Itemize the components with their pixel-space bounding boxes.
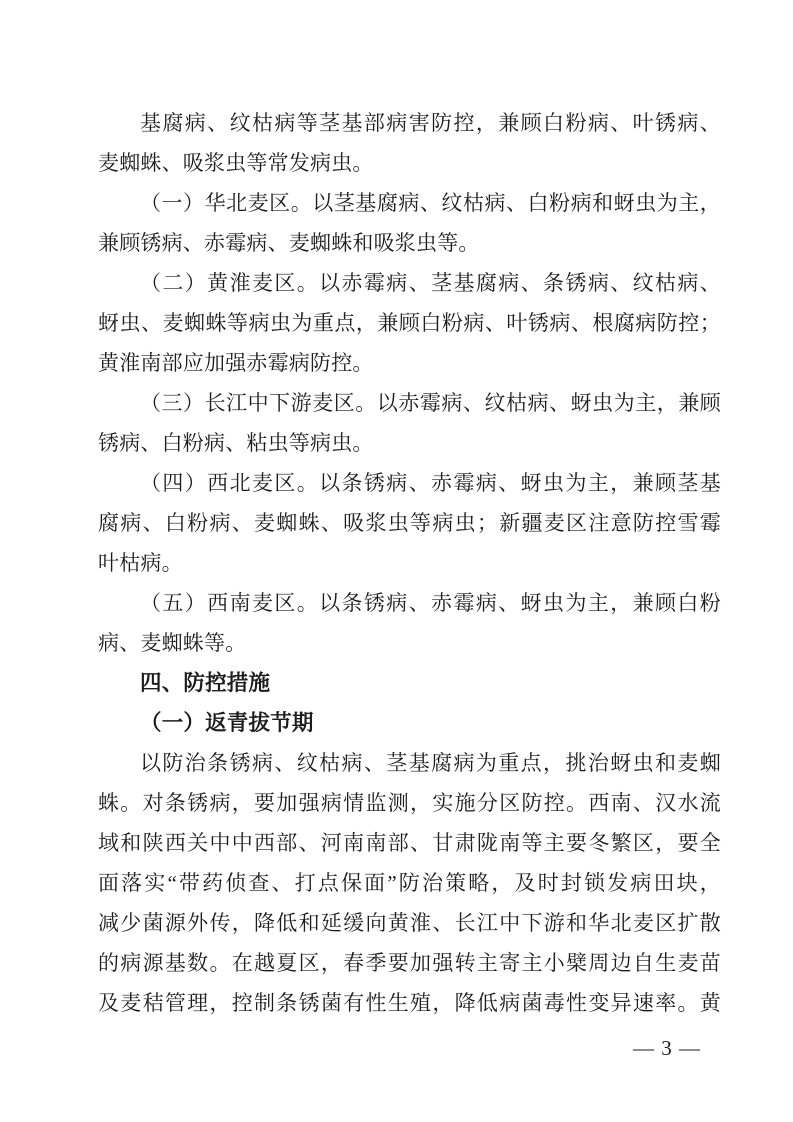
text-line: 锈病、白粉病、粘虫等病虫。 bbox=[98, 423, 721, 463]
section-heading: 四、防控措施 bbox=[98, 663, 721, 703]
text-line: （四）西北麦区。以条锈病、赤霉病、蚜虫为主，兼顾茎基 bbox=[98, 463, 721, 503]
text-line: 的病源基数。在越夏区，春季要加强转主寄主小檗周边自生麦苗 bbox=[98, 943, 721, 983]
text-line: 腐病、白粉病、麦蜘蛛、吸浆虫等病虫；新疆麦区注意防控雪霉 bbox=[98, 503, 721, 543]
text-line: （三）长江中下游麦区。以赤霉病、纹枯病、蚜虫为主，兼顾 bbox=[98, 383, 721, 423]
text-line: 减少菌源外传，降低和延缓向黄淮、长江中下游和华北麦区扩散 bbox=[98, 903, 721, 943]
text-line: （一）华北麦区。以茎基腐病、纹枯病、白粉病和蚜虫为主， bbox=[98, 183, 721, 223]
text-line: 兼顾锈病、赤霉病、麦蜘蛛和吸浆虫等。 bbox=[98, 223, 721, 263]
text-line: 病、麦蜘蛛等。 bbox=[98, 623, 721, 663]
subsection-heading: （一）返青拔节期 bbox=[98, 703, 721, 743]
page-number: — 3 — bbox=[633, 1032, 701, 1064]
text-line: 蚜虫、麦蜘蛛等病虫为重点，兼顾白粉病、叶锈病、根腐病防控； bbox=[98, 303, 721, 343]
text-line: 基腐病、纹枯病等茎基部病害防控，兼顾白粉病、叶锈病、 bbox=[98, 103, 721, 143]
text-line: 黄淮南部应加强赤霉病防控。 bbox=[98, 343, 721, 383]
document-page: 基腐病、纹枯病等茎基部病害防控，兼顾白粉病、叶锈病、 麦蜘蛛、吸浆虫等常发病虫。… bbox=[0, 0, 793, 1122]
text-line: 以防治条锈病、纹枯病、茎基腐病为重点，挑治蚜虫和麦蜘 bbox=[98, 743, 721, 783]
text-line: 蛛。对条锈病，要加强病情监测，实施分区防控。西南、汉水流 bbox=[98, 783, 721, 823]
text-line: 域和陕西关中中西部、河南南部、甘肃陇南等主要冬繁区，要全 bbox=[98, 823, 721, 863]
text-line: 麦蜘蛛、吸浆虫等常发病虫。 bbox=[98, 143, 721, 183]
text-line: 叶枯病。 bbox=[98, 543, 721, 583]
text-line: （五）西南麦区。以条锈病、赤霉病、蚜虫为主，兼顾白粉 bbox=[98, 583, 721, 623]
text-line: 面落实“带药侦查、打点保面”防治策略，及时封锁发病田块， bbox=[98, 863, 721, 903]
text-line: （二）黄淮麦区。以赤霉病、茎基腐病、条锈病、纹枯病、 bbox=[98, 263, 721, 303]
text-line: 及麦秸管理，控制条锈菌有性生殖，降低病菌毒性变异速率。黄 bbox=[98, 983, 721, 1023]
document-body: 基腐病、纹枯病等茎基部病害防控，兼顾白粉病、叶锈病、 麦蜘蛛、吸浆虫等常发病虫。… bbox=[98, 103, 721, 1023]
